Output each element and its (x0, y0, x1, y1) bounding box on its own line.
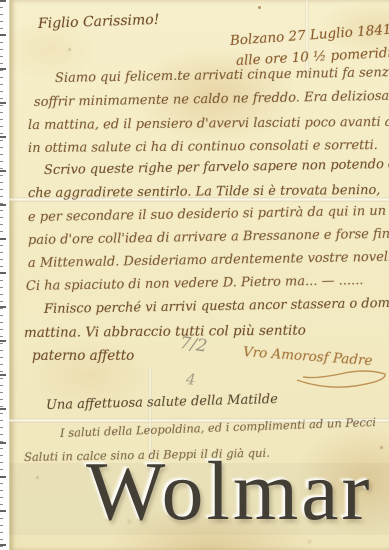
scanned-letter-page: Figlio Carissimo! Bolzano 27 Luglio 1841… (0, 0, 389, 550)
wolmar-watermark: Wolmar (86, 450, 373, 534)
body-line: che aggradirete sentirlo. La Tilde si è … (28, 183, 381, 201)
closing-farewell: paterno affetto (32, 348, 134, 364)
body-line: in ottima salute ci ha di continuo conso… (28, 138, 378, 156)
body-line: mattina. Vi abbraccio tutti col più sent… (24, 323, 306, 341)
signature-flourish (295, 366, 389, 392)
body-line: la mattina, ed il pensiero d'avervi lasc… (28, 115, 389, 133)
pencil-mark: 4 (185, 370, 196, 389)
paper-stain-specks (258, 6, 261, 9)
pencil-mark: 7/2 (179, 333, 209, 357)
ruler-scale (0, 0, 8, 550)
